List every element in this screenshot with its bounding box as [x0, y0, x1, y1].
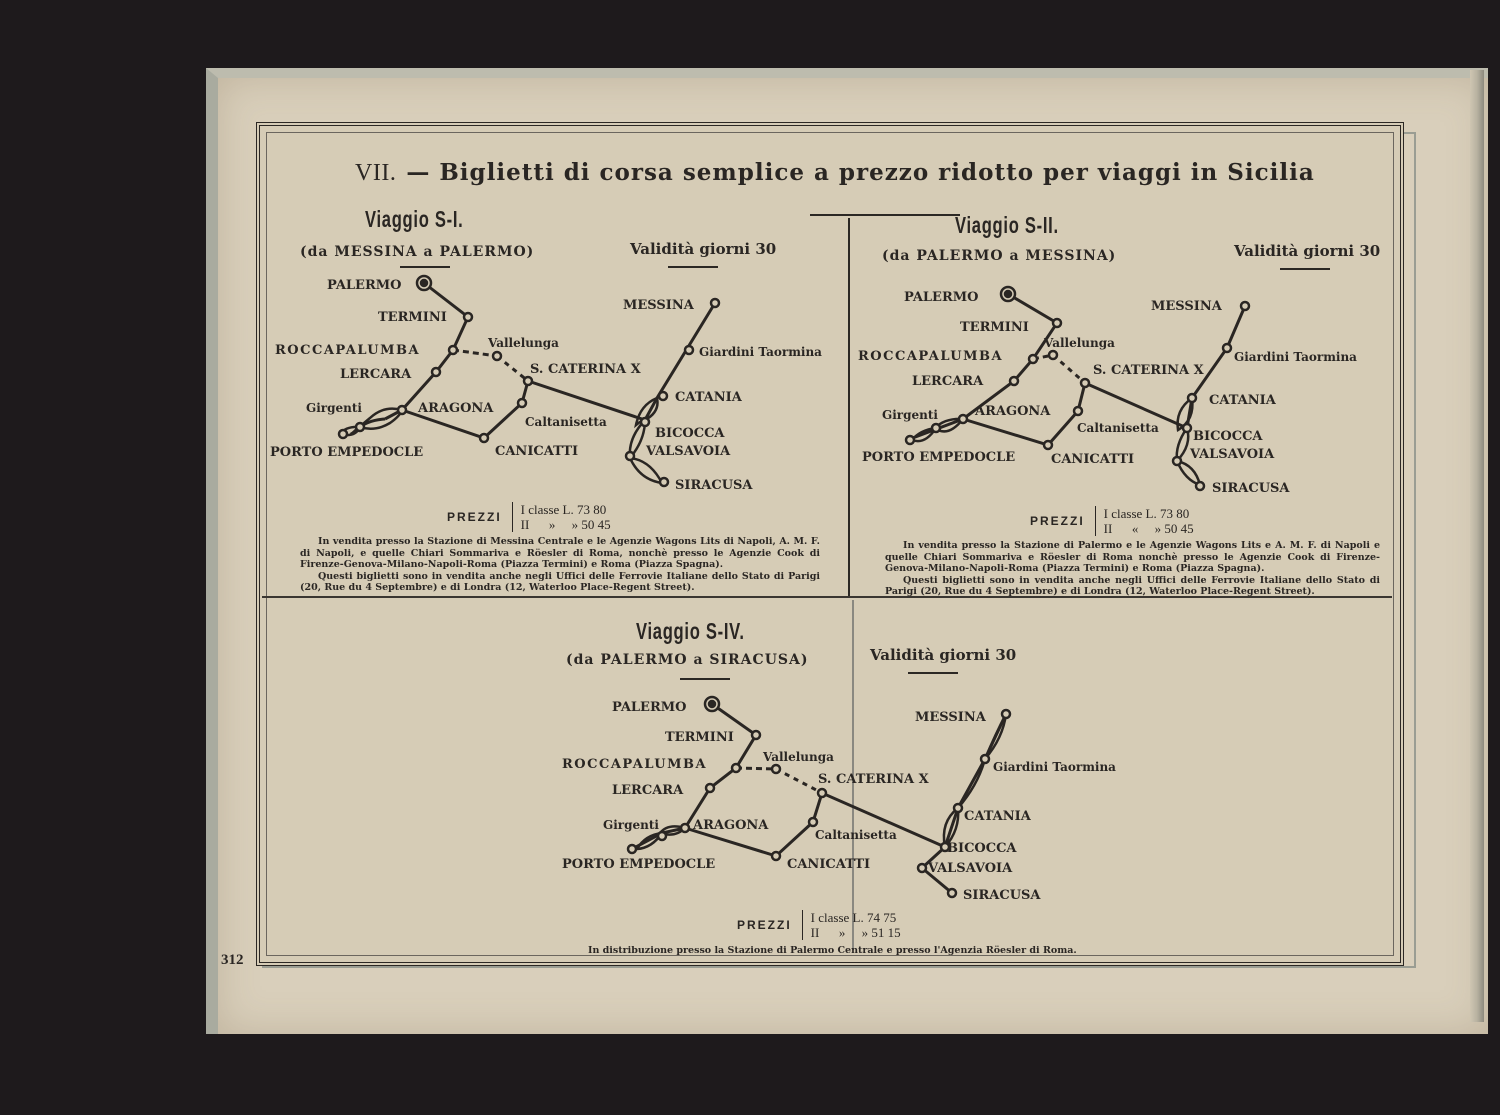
- price-second-class: II » » 51 15: [811, 925, 901, 940]
- station-label: ARAGONA: [692, 818, 769, 833]
- station-label: TERMINI: [665, 730, 734, 745]
- price-first-class: I classe L. 74 75: [811, 910, 901, 925]
- station-label: PALERMO: [612, 700, 686, 715]
- station-label: Vallelunga: [762, 750, 834, 764]
- sales-note: In distribuzione presso la Stazione di P…: [588, 945, 1108, 957]
- station-label: Giardini Taormina: [993, 760, 1116, 774]
- station-label: CATANIA: [964, 809, 1032, 824]
- price-box: PREZZI I classe L. 74 75 II » » 51 15: [737, 910, 901, 940]
- station-label: Caltanisetta: [815, 828, 897, 842]
- station-label: CANICATTI: [787, 857, 870, 872]
- station-label: PORTO EMPEDOCLE: [562, 857, 715, 872]
- page-number: 312: [221, 952, 244, 969]
- note-paragraph: In distribuzione presso la Stazione di P…: [588, 945, 1108, 957]
- station-label: BICOCCA: [947, 841, 1017, 856]
- station-label: SIRACUSA: [963, 888, 1041, 903]
- station-label: LERCARA: [612, 783, 684, 798]
- prices-label: PREZZI: [737, 918, 792, 932]
- station-label: ROCCAPALUMBA: [562, 757, 707, 772]
- station-label: VALSAVOIA: [927, 861, 1013, 876]
- station-label: MESSINA: [915, 710, 987, 725]
- station-label: Girgenti: [603, 818, 659, 832]
- station-label: S. CATERINA X: [818, 772, 930, 787]
